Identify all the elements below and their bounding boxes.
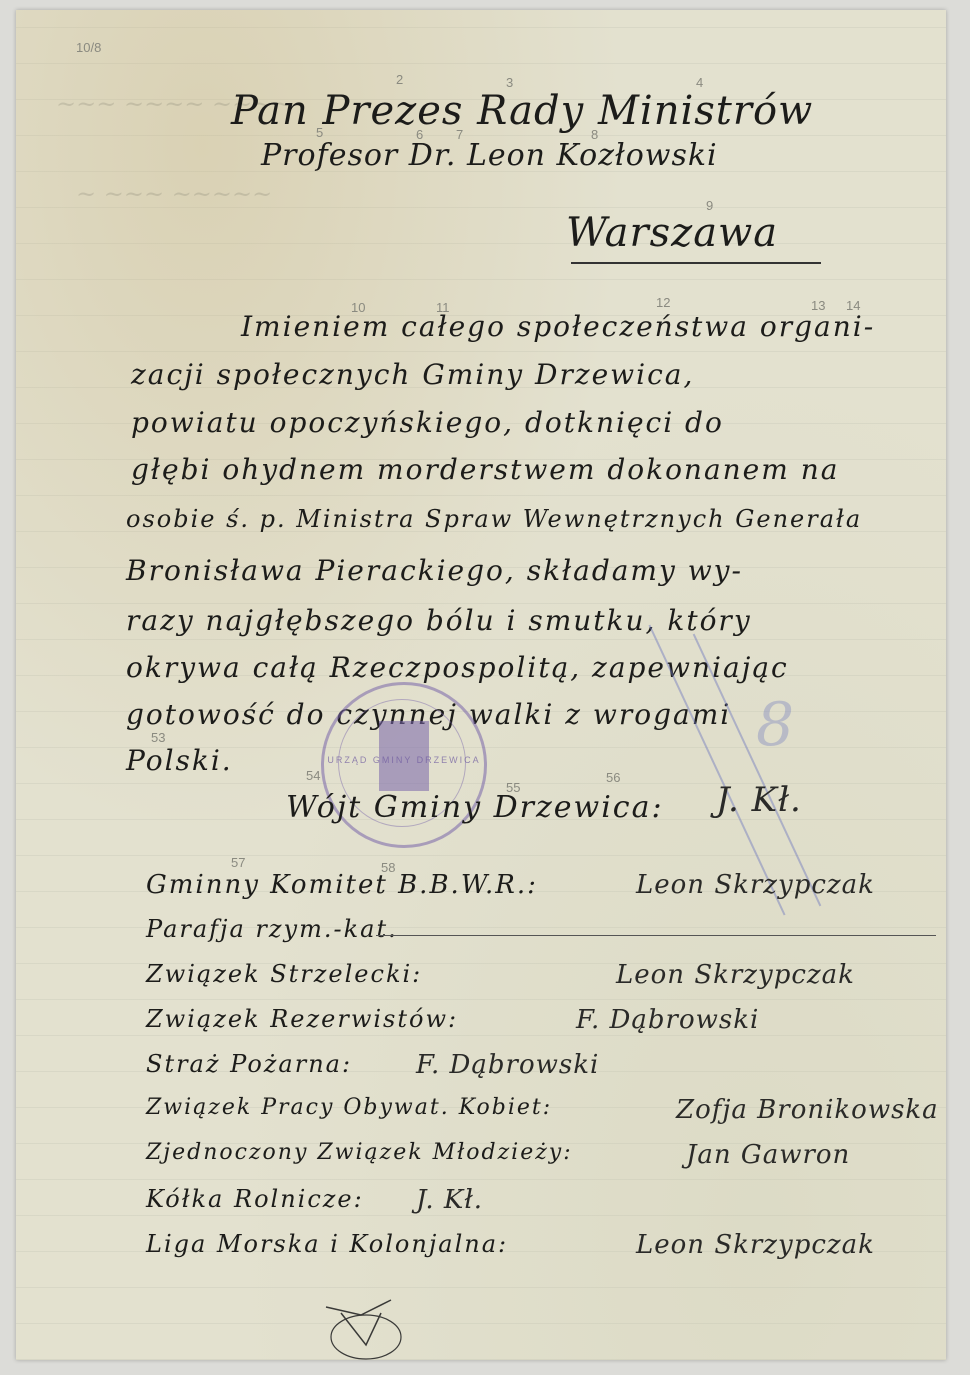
line-number: 56 [606, 770, 620, 785]
city: Warszawa [566, 210, 778, 256]
signature-label: Kółka Rolnicze: [146, 1185, 364, 1213]
stamp-text: URZĄD GMINY DRZEWICA [324, 755, 484, 765]
signature-label: Związek Pracy Obywat. Kobiet: [146, 1095, 552, 1120]
signature: F. Dąbrowski [416, 1050, 599, 1080]
body-line: Bronisława Pierackiego, składamy wy- [126, 554, 743, 587]
body-line: powiatu opoczyńskiego, dotknięci do [131, 406, 724, 439]
city-underline [571, 262, 821, 264]
line-number: 3 [506, 75, 513, 90]
body-line: osobie ś. p. Ministra Spraw Wewnętrznych… [126, 505, 862, 533]
body-line: zacji społecznych Gminy Drzewica, [131, 358, 694, 391]
body-line: Imieniem całego społeczeństwa organi- [241, 310, 875, 343]
line-number: 10 [351, 300, 365, 315]
signature-label: Straż Pożarna: [146, 1050, 352, 1078]
line-number: 2 [396, 72, 403, 87]
signature-label: Liga Morska i Kolonjalna: [146, 1230, 508, 1258]
line-number: 11 [436, 300, 450, 315]
line-number: 7 [456, 127, 463, 142]
recipient-line-2: Profesor Dr. Leon Kozłowski [261, 138, 718, 173]
signature-dash [376, 935, 936, 936]
line-number: 54 [306, 768, 320, 783]
body-line: Polski. [126, 744, 233, 777]
signature: Jan Gawron [686, 1140, 850, 1170]
body-line: razy najgłębszego bólu i smutku, który [126, 604, 752, 637]
signature-wojt: J. Kł. [716, 780, 802, 820]
signature-label-wojt: Wójt Gminy Drzewica: [286, 790, 664, 825]
document-page: ~~~ ~~~~ ~~~~ ~ ~~~ ~~~~~ 10/8 Pan Preze… [16, 10, 946, 1360]
signature-label: Zjednoczony Związek Młodzieży: [146, 1140, 573, 1165]
signature: Leon Skrzypczak [636, 870, 875, 900]
line-number: 9 [706, 198, 713, 213]
signature: Leon Skrzypczak [636, 1230, 875, 1260]
corner-note: 10/8 [76, 40, 101, 55]
line-number: 4 [696, 75, 703, 90]
checkmark-icon [321, 1295, 411, 1365]
line-number: 8 [591, 127, 598, 142]
signature-label: Związek Strzelecki: [146, 960, 422, 988]
signature-label: Gminny Komitet B.B.W.R.: [146, 870, 538, 900]
line-number: 13 [811, 298, 825, 313]
line-number: 53 [151, 730, 165, 745]
signature: Leon Skrzypczak [616, 960, 855, 990]
signature: J. Kł. [416, 1185, 483, 1215]
line-number: 58 [381, 860, 395, 875]
signature: Zofja Bronikowska [676, 1095, 939, 1125]
body-line: okrywa całą Rzeczpospolitą, zapewniając [126, 651, 789, 684]
line-number: 57 [231, 855, 245, 870]
line-number: 14 [846, 298, 860, 313]
line-number: 5 [316, 125, 323, 140]
signature: F. Dąbrowski [576, 1005, 759, 1035]
signature-label: Parafja rzym.-kat. [146, 915, 398, 943]
signature-label: Związek Rezerwistów: [146, 1005, 458, 1033]
bleed-through-text: ~ ~~~ ~~~~~ [76, 180, 272, 208]
body-line: głębi ohydnem morderstwem dokonanem na [131, 453, 839, 486]
line-number: 12 [656, 295, 670, 310]
crayon-mark: 8 [756, 690, 795, 760]
line-number: 6 [416, 127, 423, 142]
